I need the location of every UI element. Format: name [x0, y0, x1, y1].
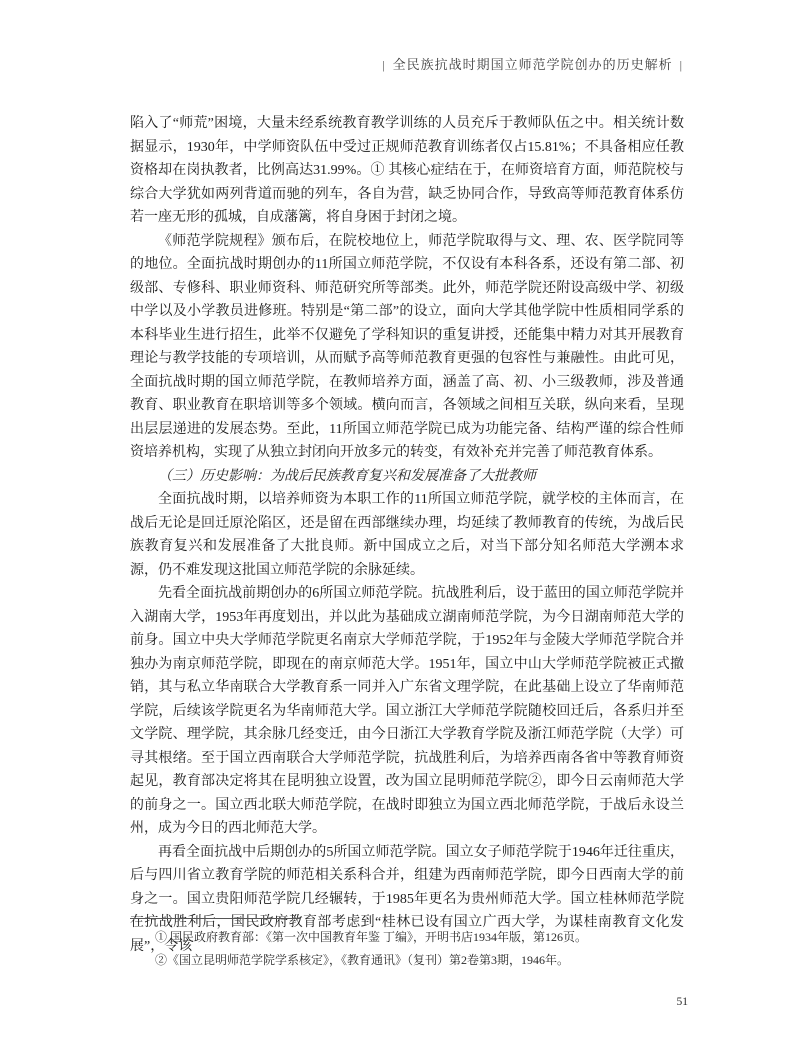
header-left-bar: | — [382, 58, 385, 72]
footnotes-block: ① 国民政府教育部：《第一次中国教育年鉴 丁编》，开明书店1934年版，第126… — [130, 918, 684, 972]
header-title: 全民族抗战时期国立师范学院创办的历史解析 — [393, 57, 673, 72]
running-head: |全民族抗战时期国立师范学院创办的历史解析| — [130, 54, 690, 73]
footnote-separator — [130, 918, 300, 919]
body-text-block: 陷入了“师荒”困境，大量未经系统教育教学训练的人员充斥于教师队伍之中。相关统计数… — [130, 112, 684, 958]
footnote-1: ① 国民政府教育部：《第一次中国教育年鉴 丁编》，开明书店1934年版，第126… — [130, 926, 684, 949]
paragraph: 《师范学院规程》颁布后，在院校地位上，师范学院取得与文、理、农、医学院同等的地位… — [130, 230, 684, 465]
header-right-bar: | — [680, 58, 683, 72]
paragraph-continuation: 陷入了“师荒”困境，大量未经系统教育教学训练的人员充斥于教师队伍之中。相关统计数… — [130, 112, 684, 230]
paragraph: 先看全面抗战前期创办的6所国立师范学院。抗战胜利后，设于蓝田的国立师范学院并入湖… — [130, 582, 684, 841]
section-subheading: （三）历史影响：为战后民族教育复兴和发展准备了大批教师 — [130, 465, 684, 489]
book-page: |全民族抗战时期国立师范学院创办的历史解析| 陷入了“师荒”困境，大量未经系统教… — [0, 0, 800, 1059]
paragraph: 全面抗战时期，以培养师资为本职工作的11所国立师范学院，就学校的主体而言，在战后… — [130, 488, 684, 582]
footnote-2: ②《国立昆明师范学院学系核定》，《教育通讯》（复刊）第2卷第3期，1946年。 — [130, 949, 684, 972]
page-number: 51 — [677, 996, 689, 1008]
